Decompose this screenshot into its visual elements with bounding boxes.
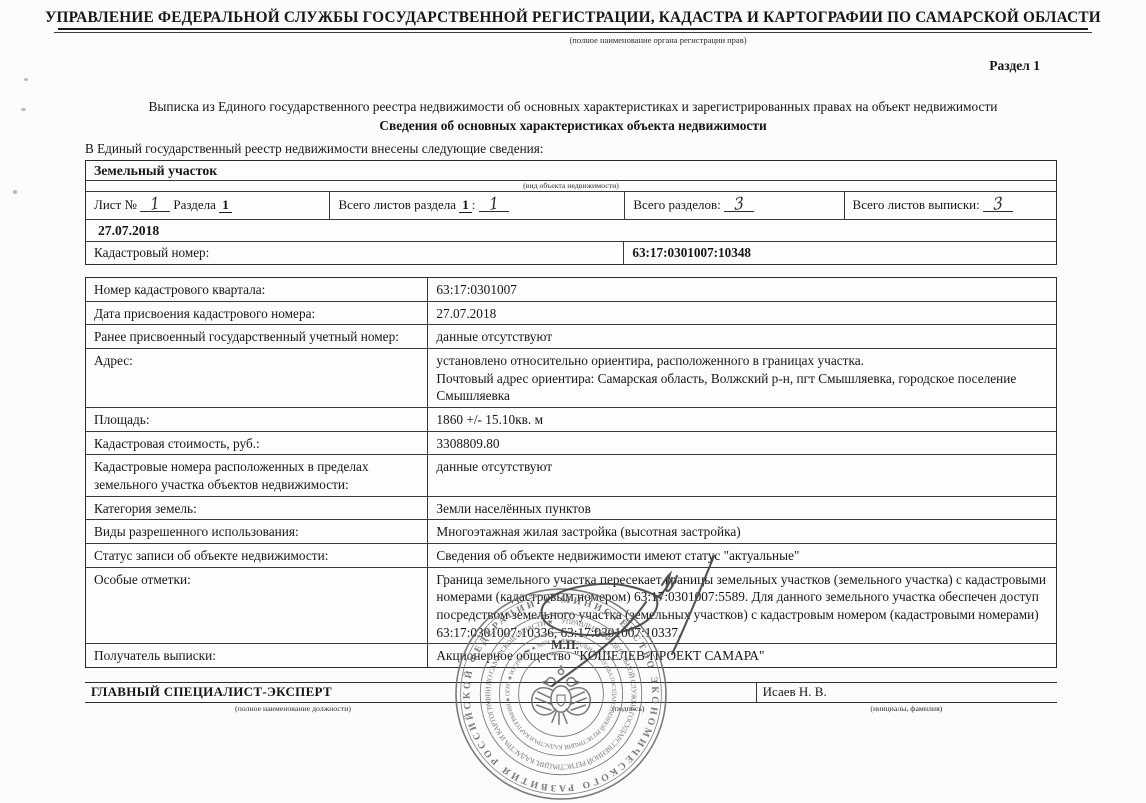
object-type: Земельный участок (86, 161, 1056, 181)
table-row: Кадастровые номера расположенных в преде… (86, 455, 1056, 496)
extract-subtitle: Сведения об основных характеристиках объ… (0, 118, 1146, 134)
row-label: Дата присвоения кадастрового номера: (86, 302, 428, 325)
signatory-name: Исаев Н. В. (756, 682, 1057, 703)
row-label: Площадь: (86, 408, 428, 431)
cadastral-number-row: Кадастровый номер: 63:17:0301007:10348 (86, 242, 1056, 264)
signatory-caption: (инициалы, фамилия) (756, 703, 1057, 713)
object-type-caption: (вид объекта недвижимости) (86, 181, 1056, 192)
row-label: Особые отметки: (86, 568, 428, 644)
header-rule-thick (58, 28, 1088, 30)
table-row: Виды разрешенного использования:Многоэта… (86, 520, 1056, 544)
row-label: Категория земель: (86, 497, 428, 520)
total-extract-sheets-cell: Всего листов выписки: 3 (845, 192, 1056, 219)
row-label: Виды разрешенного использования: (86, 520, 428, 543)
row-value: данные отсутствуют (428, 455, 1056, 495)
total-sections-label: Всего разделов: (633, 197, 720, 212)
table-row: Категория земель:Земли населённых пункто… (86, 497, 1056, 521)
authority-caption: (полное наименование органа регистрации … (0, 35, 1146, 45)
registry-authority-title: УПРАВЛЕНИЕ ФЕДЕРАЛЬНОЙ СЛУЖБЫ ГОСУДАРСТВ… (40, 9, 1106, 27)
scan-speck (24, 78, 28, 81)
table-row: Номер кадастрового квартала:63:17:030100… (86, 278, 1056, 302)
handwritten-digit: 1 (488, 196, 499, 213)
extract-title: Выписка из Единого государственного реес… (0, 99, 1146, 115)
handwritten-signature (520, 545, 750, 710)
scan-speck (21, 108, 26, 111)
total-sheets-section-number: 1 (459, 197, 472, 213)
total-sheets-label: Всего листов раздела (338, 197, 456, 212)
total-sections-handwritten-slot: 3 (724, 197, 754, 212)
cadastral-number-value: 63:17:0301007:10348 (624, 242, 1056, 264)
cadastral-number-label: Кадастровый номер: (86, 242, 624, 264)
handwritten-digit: 1 (150, 196, 161, 213)
row-label: Получатель выписки: (86, 644, 428, 667)
row-value: Земли населённых пунктов (428, 497, 1056, 520)
row-label: Кадастровые номера расположенных в преде… (86, 455, 428, 495)
total-sheets-cell: Всего листов раздела 1: 1 (330, 192, 625, 219)
signature-svg (520, 545, 750, 710)
total-sheets-handwritten-slot: 1 (479, 197, 509, 212)
row-value: данные отсутствуют (428, 325, 1056, 348)
total-extract-label: Всего листов выписки: (853, 197, 980, 212)
row-label: Статус записи об объекте недвижимости: (86, 544, 428, 567)
row-value: Многоэтажная жилая застройка (высотная з… (428, 520, 1056, 543)
row-value: 1860 +/- 15.10кв. м (428, 408, 1056, 431)
row-label: Номер кадастрового квартала: (86, 278, 428, 301)
table-row: Кадастровая стоимость, руб.:3308809.80 (86, 432, 1056, 456)
position-column: ГЛАВНЫЙ СПЕЦИАЛИСТ-ЭКСПЕРТ (полное наиме… (85, 682, 501, 713)
sheet-number-handwritten-slot: 1 (140, 197, 170, 212)
position-title: ГЛАВНЫЙ СПЕЦИАЛИСТ-ЭКСПЕРТ (85, 682, 501, 703)
handwritten-digit: 3 (734, 196, 745, 213)
total-sections-cell: Всего разделов: 3 (625, 192, 844, 219)
signatory-column: Исаев Н. В. (инициалы, фамилия) (756, 682, 1057, 713)
object-header-table: Земельный участок (вид объекта недвижимо… (85, 160, 1057, 265)
sheets-row: Лист № 1 Раздела 1 Всего листов раздела … (86, 192, 1056, 220)
sheet-label: Лист № (94, 197, 137, 212)
total-extract-handwritten-slot: 3 (983, 197, 1013, 212)
section-word: Раздела (173, 197, 216, 212)
table-row: Ранее присвоенный государственный учетны… (86, 325, 1056, 349)
document-page: УПРАВЛЕНИЕ ФЕДЕРАЛЬНОЙ СЛУЖБЫ ГОСУДАРСТВ… (0, 0, 1146, 803)
row-label: Адрес: (86, 349, 428, 407)
section-label: Раздел 1 (0, 58, 1040, 74)
table-row: Адрес:установлено относительно ориентира… (86, 349, 1056, 408)
section-number: 1 (219, 197, 232, 213)
row-value: 3308809.80 (428, 432, 1056, 455)
row-label: Ранее присвоенный государственный учетны… (86, 325, 428, 348)
extract-date: 27.07.2018 (86, 220, 1056, 242)
row-value: 27.07.2018 (428, 302, 1056, 325)
sheet-number-cell: Лист № 1 Раздела 1 (86, 192, 330, 219)
intro-line: В Единый государственный реестр недвижим… (85, 141, 1057, 157)
header-rule-thin (54, 32, 1092, 33)
handwritten-digit: 3 (993, 196, 1004, 213)
table-row: Дата присвоения кадастрового номера:27.0… (86, 302, 1056, 326)
row-value: 63:17:0301007 (428, 278, 1056, 301)
table-row: Площадь:1860 +/- 15.10кв. м (86, 408, 1056, 432)
colon: : (472, 197, 476, 212)
scan-speck (13, 190, 17, 194)
row-label: Кадастровая стоимость, руб.: (86, 432, 428, 455)
position-caption: (полное наименование должности) (85, 703, 501, 713)
row-value: установлено относительно ориентира, расп… (428, 349, 1056, 407)
